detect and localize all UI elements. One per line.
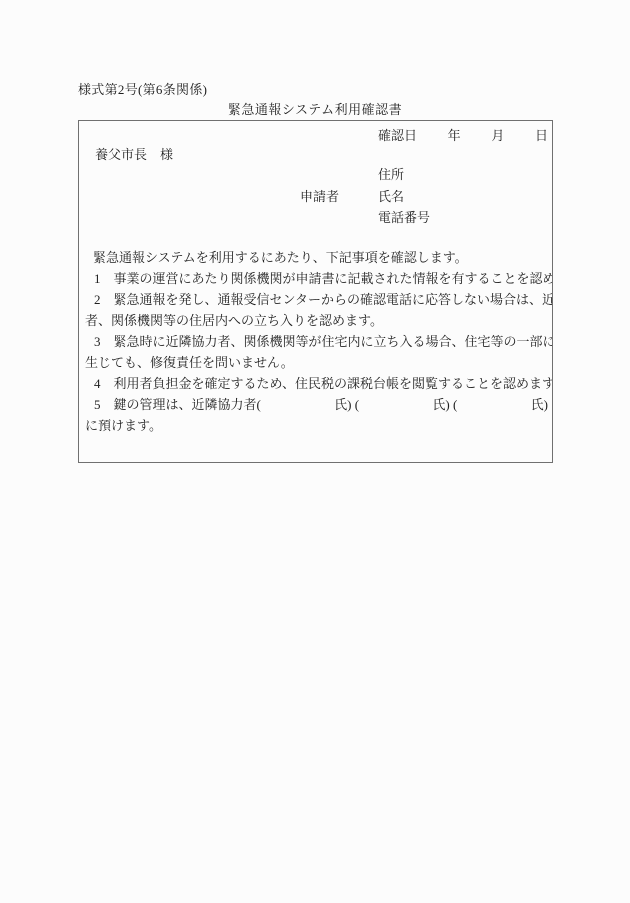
year-label: 年	[448, 129, 461, 143]
name-label: 氏名	[378, 190, 404, 204]
item-3-line-2: 生じても、修復責任を問いません。	[79, 352, 552, 373]
item-2-line-2: 者、関係機関等の住居内への立ち入りを認めます。	[79, 310, 552, 331]
form-number-label: 様式第2号(第6条関係)	[78, 79, 207, 98]
month-label: 月	[491, 129, 504, 143]
item-2-line-1: 2 緊急通報を発し、通報受信センターからの確認電話に応答しない場合は、近隣協力	[79, 289, 552, 310]
item-5-line-2: に預けます。	[79, 415, 552, 436]
item-5-blank-2: 氏) (	[432, 394, 457, 415]
item-1: 1 事業の運営にあたり関係機関が申請書に記載された情報を有することを認めます。	[79, 268, 552, 289]
item-5-prefix: 5 鍵の管理は、近隣協力者(	[94, 394, 261, 415]
item-5-line-1: 5 鍵の管理は、近隣協力者( 氏) ( 氏) ( 氏)	[79, 394, 552, 415]
item-4: 4 利用者負担金を確定するため、住民税の課税台帳を閲覧することを認めます。	[79, 373, 552, 394]
item-5-blank-1: 氏) (	[334, 394, 359, 415]
document-title: 緊急通報システム利用確認書	[0, 99, 630, 118]
confirmation-text: 緊急通報システムを利用するにあたり、下記事項を確認します。 1 事業の運営にあた…	[79, 247, 552, 436]
page: 様式第2号(第6条関係) 緊急通報システム利用確認書 確認日 年 月 日 養父市…	[0, 0, 630, 903]
item-3-line-1: 3 緊急時に近隣協力者、関係機関等が住宅内に立ち入る場合、住宅等の一部に破損が	[79, 331, 552, 352]
addressee-label: 養父市長 様	[95, 148, 173, 162]
phone-label: 電話番号	[378, 211, 430, 225]
confirm-date-row: 確認日 年 月 日	[378, 129, 548, 143]
applicant-label: 申請者	[300, 190, 339, 204]
form-box: 確認日 年 月 日 養父市長 様 住所 申請者 氏名 電話番号 緊急通報システム…	[78, 120, 553, 463]
confirm-date-label: 確認日	[378, 129, 417, 143]
intro-line: 緊急通報システムを利用するにあたり、下記事項を確認します。	[79, 247, 552, 268]
address-label: 住所	[378, 168, 404, 182]
item-5-blank-3: 氏)	[531, 394, 548, 415]
day-label: 日	[535, 129, 548, 143]
